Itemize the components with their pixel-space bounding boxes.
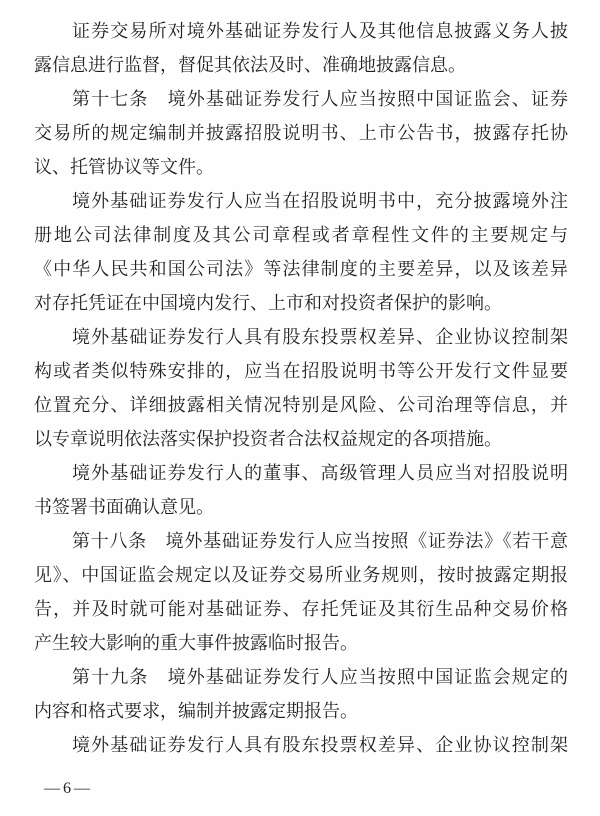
- text-line: 境外基础证券发行人具有股东投票权差异、企业协议控制架: [34, 728, 568, 762]
- text-line: 册地公司法律制度及其公司章程或者章程性文件的主要规定与: [34, 218, 568, 252]
- text-line: 对存托凭证在中国境内发行、上市和对投资者保护的影响。: [34, 286, 568, 320]
- text-line: 第十九条 境外基础证券发行人应当按照中国证监会规定的: [34, 660, 568, 694]
- text-line: 告，并及时就可能对基础证券、存托凭证及其衍生品种交易价格: [34, 592, 568, 626]
- text-line: 见》、中国证监会规定以及证券交易所业务规则，按时披露定期报: [34, 558, 568, 592]
- page-number: —6—: [44, 778, 93, 800]
- text-line: 书签署书面确认意见。: [34, 490, 568, 524]
- text-line: 交易所的规定编制并披露招股说明书、上市公告书，披露存托协: [34, 116, 568, 150]
- document-page: 证券交易所对境外基础证券发行人及其他信息披露义务人披露信息进行监督，督促其依法及…: [0, 0, 600, 816]
- text-line: 第十八条 境外基础证券发行人应当按照《证券法》《若干意: [34, 524, 568, 558]
- text-line: 位置充分、详细披露相关情况特别是风险、公司治理等信息，并: [34, 388, 568, 422]
- text-line: 内容和格式要求，编制并披露定期报告。: [34, 694, 568, 728]
- text-line: 第十七条 境外基础证券发行人应当按照中国证监会、证券: [34, 82, 568, 116]
- text-line: 构或者类似特殊安排的，应当在招股说明书等公开发行文件显要: [34, 354, 568, 388]
- text-line: 境外基础证券发行人应当在招股说明书中，充分披露境外注: [34, 184, 568, 218]
- text-line: 境外基础证券发行人具有股东投票权差异、企业协议控制架: [34, 320, 568, 354]
- text-line: 以专章说明依法落实保护投资者合法权益规定的各项措施。: [34, 422, 568, 456]
- text-line: 境外基础证券发行人的董事、高级管理人员应当对招股说明: [34, 456, 568, 490]
- text-lines: 证券交易所对境外基础证券发行人及其他信息披露义务人披露信息进行监督，督促其依法及…: [34, 14, 568, 762]
- text-line: 《中华人民共和国公司法》等法律制度的主要差异，以及该差异: [34, 252, 568, 286]
- text-line: 证券交易所对境外基础证券发行人及其他信息披露义务人披: [34, 14, 568, 48]
- text-line: 产生较大影响的重大事件披露临时报告。: [34, 626, 568, 660]
- text-line: 议、托管协议等文件。: [34, 150, 568, 184]
- text-line: 露信息进行监督，督促其依法及时、准确地披露信息。: [34, 48, 568, 82]
